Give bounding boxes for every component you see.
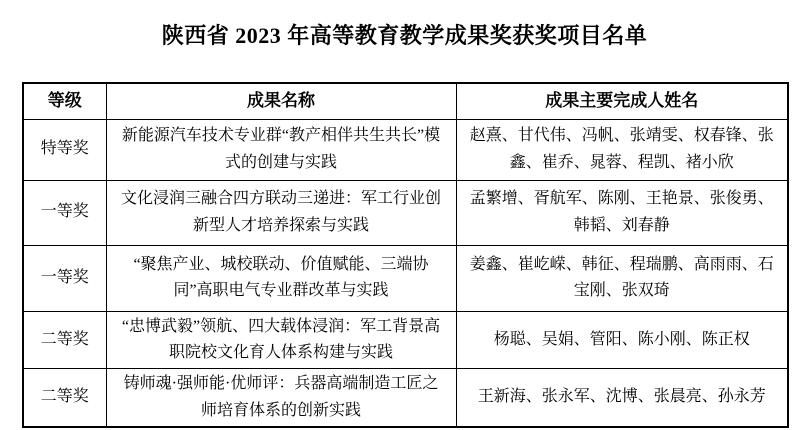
- cell-achievement: “忠博武毅”领航、四大载体浸润：军工背景高职院校文化育人体系构建与实践: [106, 311, 456, 369]
- table-row: 一等奖 文化浸润三融合四方联动三递进：军工行业创新型人才培养探索与实践 孟繁增、…: [23, 180, 788, 245]
- cell-contributors: 姜鑫、崔屹嵘、韩征、程瑞鹏、高雨雨、石宝刚、张双琦: [456, 245, 788, 311]
- cell-achievement: 文化浸润三融合四方联动三递进：军工行业创新型人才培养探索与实践: [106, 180, 456, 245]
- table-row: 二等奖 铸师魂·强师能·优师评：兵器高端制造工匠之师培育体系的创新实践 王新海、…: [23, 369, 788, 427]
- cell-level: 一等奖: [23, 180, 106, 245]
- cell-contributors: 赵熹、甘代伟、冯帆、张靖雯、权春锋、张鑫、崔乔、晁蓉、程凯、褚小欣: [456, 119, 788, 180]
- cell-level: 二等奖: [23, 311, 106, 369]
- cell-contributors: 杨聪、吴娟、管阳、陈小刚、陈正权: [456, 311, 788, 369]
- cell-contributors: 孟繁增、胥航军、陈刚、王艳景、张俊勇、韩韬、刘春静: [456, 180, 788, 245]
- table-header-row: 等级 成果名称 成果主要完成人姓名: [23, 83, 788, 119]
- award-table: 等级 成果名称 成果主要完成人姓名 特等奖 新能源汽车技术专业群“教产相伴共生共…: [22, 82, 789, 428]
- table-row: 特等奖 新能源汽车技术专业群“教产相伴共生共长”模式的创建与实践 赵熹、甘代伟、…: [23, 119, 788, 180]
- cell-achievement: 铸师魂·强师能·优师评：兵器高端制造工匠之师培育体系的创新实践: [106, 369, 456, 427]
- header-contributors: 成果主要完成人姓名: [456, 83, 788, 119]
- cell-level: 特等奖: [23, 119, 106, 180]
- cell-level: 一等奖: [23, 245, 106, 311]
- table-row: 二等奖 “忠博武毅”领航、四大载体浸润：军工背景高职院校文化育人体系构建与实践 …: [23, 311, 788, 369]
- header-achievement: 成果名称: [106, 83, 456, 119]
- page-title: 陕西省 2023 年高等教育教学成果奖获奖项目名单: [0, 0, 809, 51]
- cell-achievement: “聚焦产业、城校联动、价值赋能、三端协同”高职电气专业群改革与实践: [106, 245, 456, 311]
- header-level: 等级: [23, 83, 106, 119]
- document-page: 陕西省 2023 年高等教育教学成果奖获奖项目名单 等级 成果名称 成果主要完成…: [0, 0, 809, 430]
- table-row: 一等奖 “聚焦产业、城校联动、价值赋能、三端协同”高职电气专业群改革与实践 姜鑫…: [23, 245, 788, 311]
- cell-contributors: 王新海、张永军、沈博、张晨亮、孙永芳: [456, 369, 788, 427]
- cell-achievement: 新能源汽车技术专业群“教产相伴共生共长”模式的创建与实践: [106, 119, 456, 180]
- cell-level: 二等奖: [23, 369, 106, 427]
